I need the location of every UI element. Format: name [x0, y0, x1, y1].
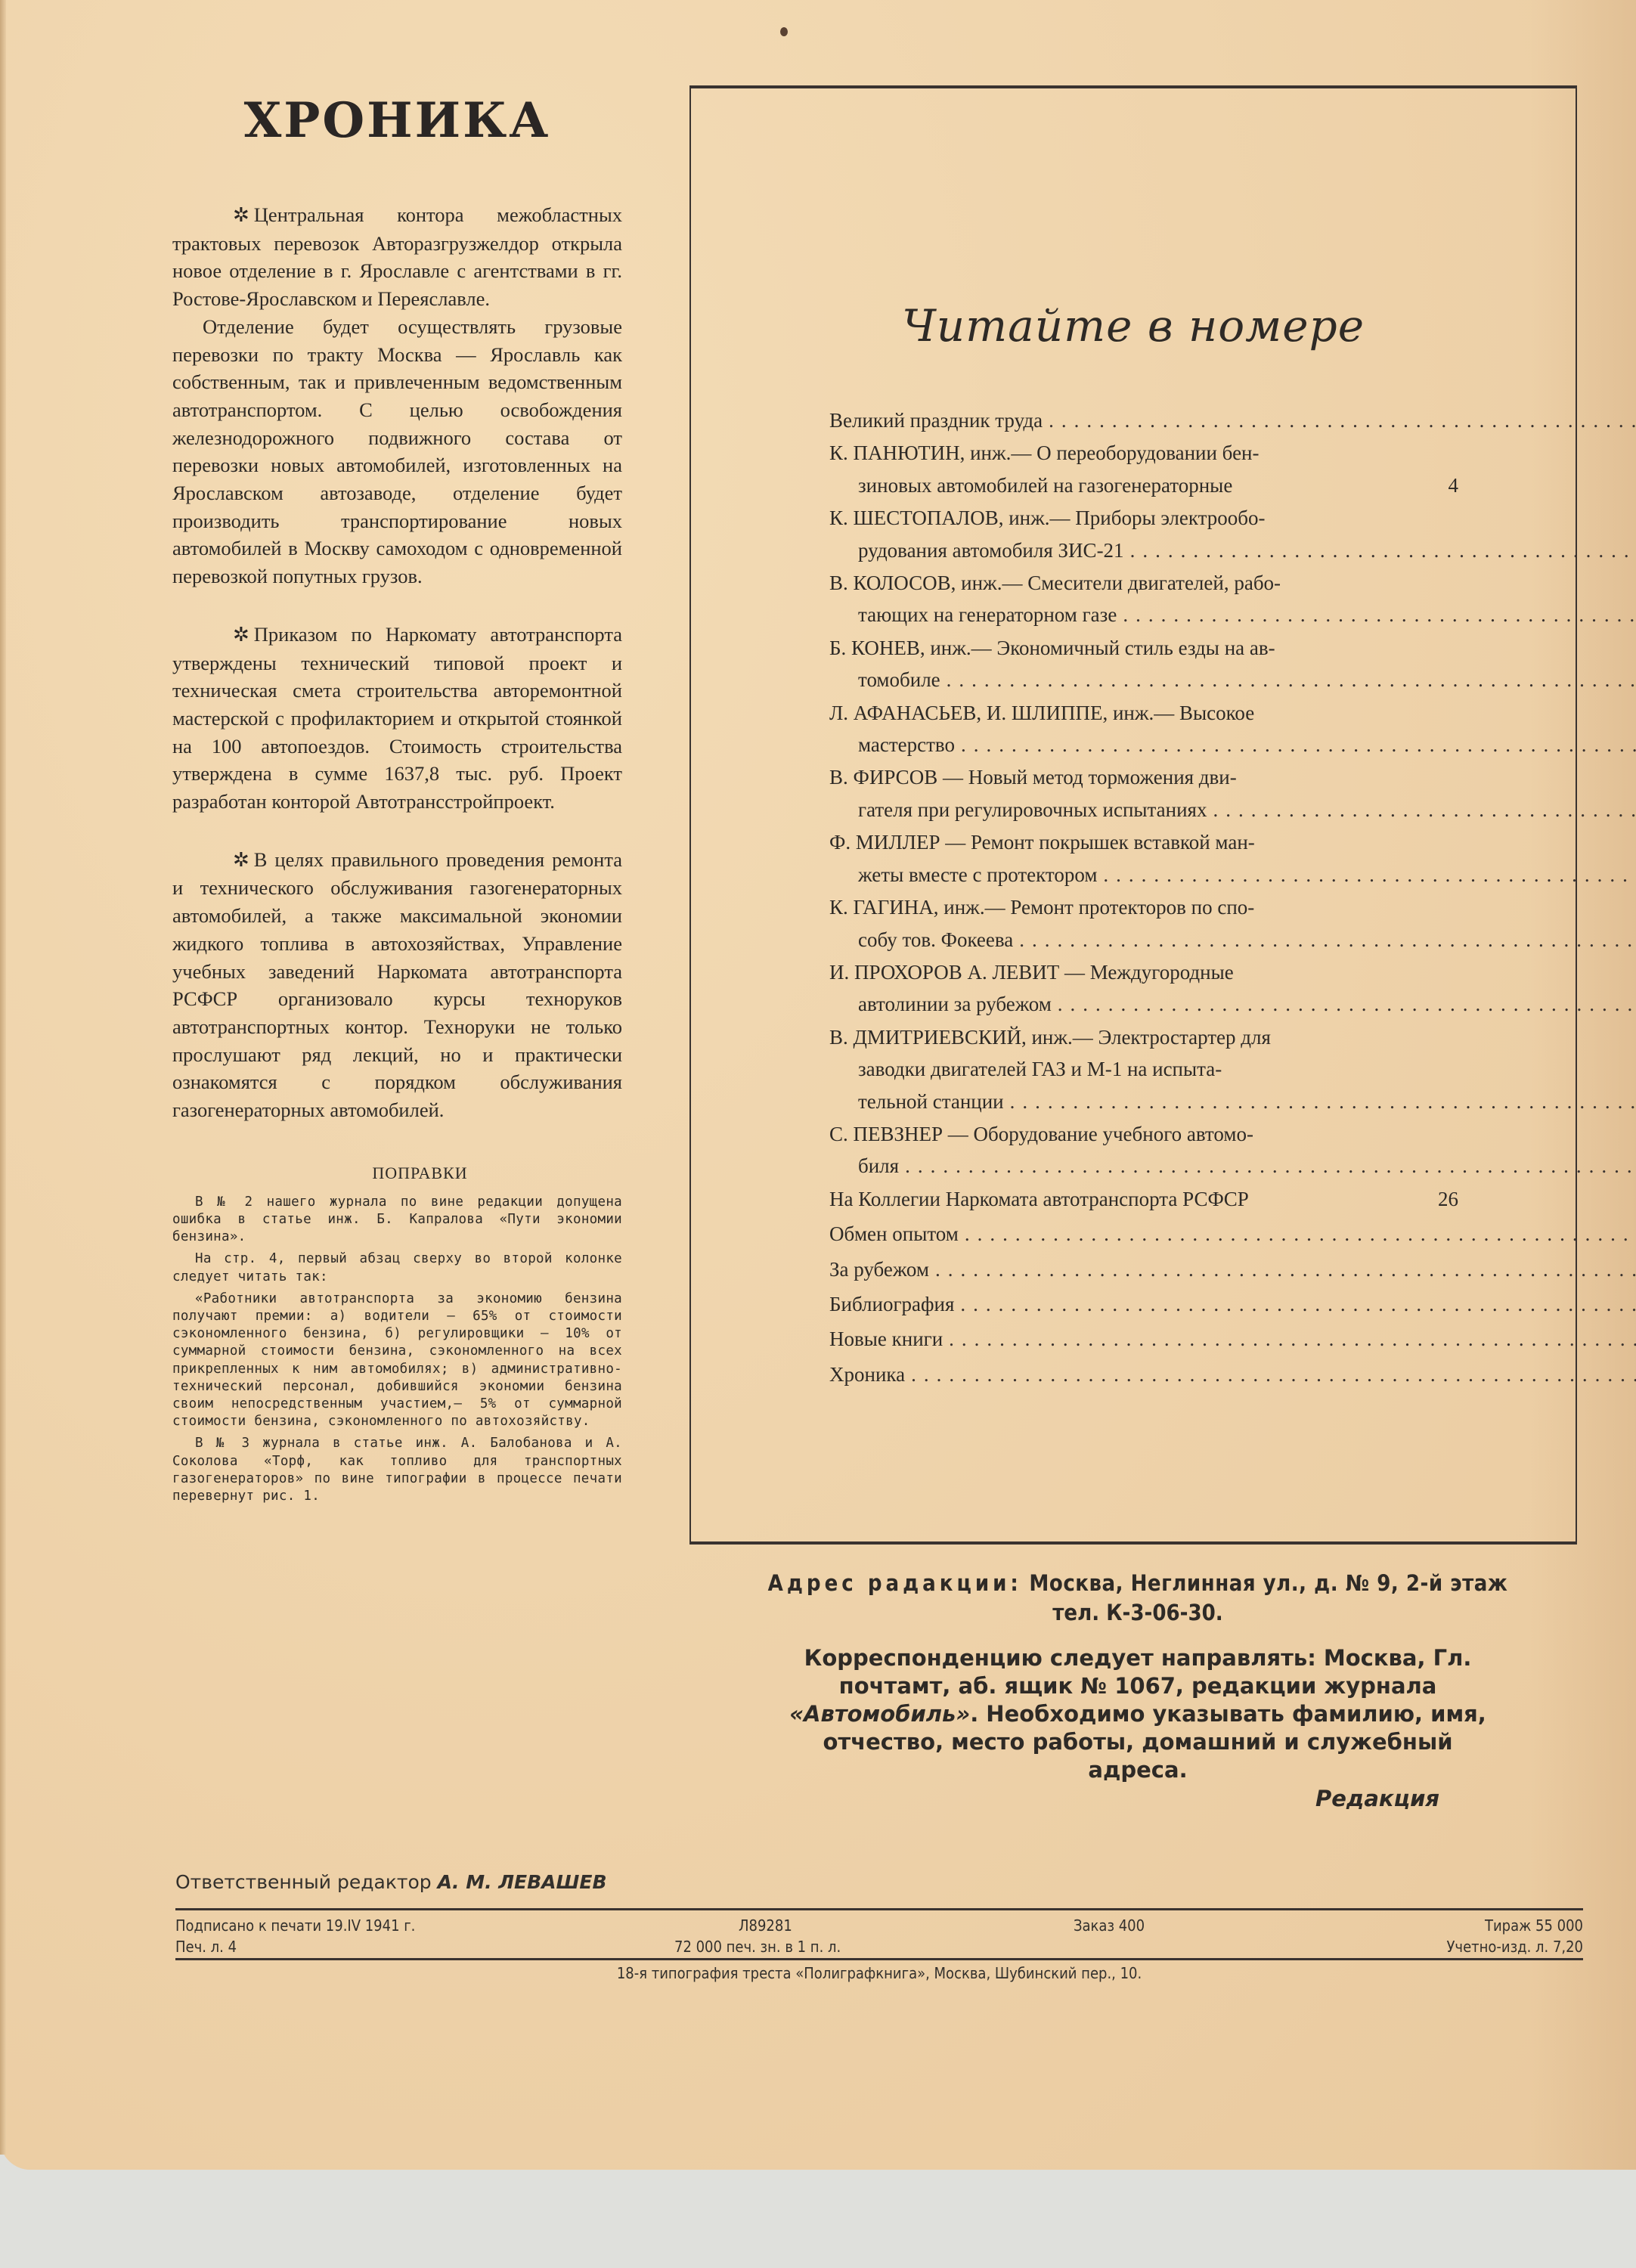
- toc-entry-title: тающих на генераторном газе: [858, 599, 1117, 631]
- address-value: Москва, Неглинная ул., д. № 9, 2-й этаж: [1029, 1570, 1507, 1596]
- toc-entry: В. ФИРСОВ — Новый метод торможения дви-г…: [829, 761, 1458, 826]
- toc-entry-title: гателя при регулировочных испытаниях: [858, 794, 1207, 826]
- toc-entry-title: жеты вместе с протектором: [858, 859, 1097, 891]
- corrections-paragraph: На стр. 4, первый абзац сверху во второй…: [172, 1250, 622, 1285]
- toc-entry: Библиография............................…: [829, 1288, 1458, 1320]
- toc-list: Великий праздник труда..................…: [829, 404, 1458, 1390]
- asterisk-bullet-icon: ✲: [203, 621, 249, 649]
- toc-entry-title: Ф. МИЛЛЕР — Ремонт покрышек вставкой ман…: [829, 826, 1255, 858]
- dot-leader: ........................................…: [1058, 988, 1636, 1020]
- dot-leader: ........................................…: [965, 1218, 1636, 1250]
- address-phone: тел. К-3-06-30.: [688, 1597, 1588, 1628]
- toc-entry: Л. АФАНАСЬЕВ, И. ШЛИППЕ, инж.— Высокоема…: [829, 697, 1458, 761]
- news-item: ✲Приказом по Наркомату автотранспорта ут…: [172, 621, 622, 816]
- journal-name: «Автомобиль»: [789, 1701, 970, 1727]
- dot-leader: ........................................…: [960, 1288, 1636, 1320]
- toc-heading: Читайте в номере: [691, 300, 1576, 352]
- table-of-contents-box: Читайте в номере Великий праздник труда.…: [689, 85, 1577, 1545]
- toc-entry-title: тельной станции: [858, 1086, 1004, 1117]
- order-number: Заказ 400: [1074, 1916, 1145, 1935]
- dot-leader: ........................................…: [905, 1150, 1636, 1182]
- toc-entry-title: Новые книги: [829, 1323, 943, 1355]
- toc-entry-title: автолинии за рубежом: [858, 988, 1052, 1020]
- dot-leader: ........................................…: [1019, 924, 1636, 956]
- toc-entry-title: Библиография: [829, 1288, 954, 1320]
- toc-entry-title: собу тов. Фокеева: [858, 924, 1013, 956]
- toc-entry: Ф. МИЛЛЕР — Ремонт покрышек вставкой ман…: [829, 826, 1458, 891]
- toc-entry-title: мастерство: [858, 729, 955, 761]
- dot-leader: ........................................…: [935, 1253, 1636, 1285]
- corrections-section: ПОПРАВКИ В № 2 нашего журнала по вине ре…: [172, 1163, 622, 1505]
- dot-leader: ........................................…: [1049, 404, 1636, 436]
- print-sheets: Печ. л. 4: [175, 1938, 237, 1956]
- circulation: Тираж 55 000: [1485, 1916, 1583, 1935]
- corrections-paragraph: В № 3 журнала в статье инж. А. Балобанов…: [172, 1435, 622, 1505]
- toc-entry-title: Великий праздник труда: [829, 404, 1043, 436]
- toc-entry: С. ПЕВЗНЕР — Оборудование учебного автом…: [829, 1118, 1458, 1182]
- chars-per-sheet: 72 000 печ. зн. в 1 п. л.: [674, 1938, 841, 1956]
- toc-entry-title: Б. КОНЕВ, инж.— Экономичный стиль езды н…: [829, 632, 1275, 664]
- dot-leader: ........................................…: [1103, 859, 1636, 891]
- toc-entry-title: В. ФИРСОВ — Новый метод торможения дви-: [829, 761, 1237, 793]
- editorial-signature: Редакция: [1315, 1786, 1439, 1811]
- news-paragraph: Отделение будет осуществлять грузовые пе…: [172, 313, 622, 590]
- dot-leader: ........................................…: [1123, 599, 1636, 631]
- printer-info: 18-я типография треста «Полиграфкнига», …: [175, 1964, 1583, 1982]
- toc-entry-title: На Коллегии Наркомата автотранспорта РСФ…: [829, 1183, 1249, 1215]
- toc-entry-title: Л. АФАНАСЬЕВ, И. ШЛИППЕ, инж.— Высокое: [829, 697, 1254, 729]
- toc-entry-title: В. ДМИТРИЕВСКИЙ, инж.— Электростартер дл…: [829, 1021, 1271, 1053]
- news-paragraph: Приказом по Наркомату автотранспорта утв…: [172, 623, 622, 813]
- toc-entry-title: заводки двигателей ГАЗ и М-1 на испыта-: [858, 1053, 1222, 1085]
- asterisk-bullet-icon: ✲: [203, 847, 249, 875]
- toc-entry: Новые книги.............................…: [829, 1323, 1458, 1355]
- toc-entry-title: Обмен опытом: [829, 1218, 959, 1250]
- toc-entry-title: биля: [858, 1150, 899, 1182]
- toc-entry: На Коллегии Наркомата автотранспорта РСФ…: [829, 1183, 1458, 1215]
- dot-leader: ........................................…: [1130, 534, 1636, 566]
- news-item: ✲В целях правильного проведения ремонта …: [172, 846, 622, 1124]
- toc-entry: За рубежом..............................…: [829, 1253, 1458, 1285]
- corrections-title: ПОПРАВКИ: [218, 1163, 622, 1183]
- editor-name: А. М. ЛЕВАШЕВ: [438, 1871, 607, 1893]
- toc-entry-title: томобиле: [858, 664, 940, 696]
- dot-leader: ........................................…: [911, 1359, 1636, 1390]
- toc-entry-title: К. ШЕСТОПАЛОВ, инж.— Приборы электрообо-: [829, 502, 1266, 534]
- dot-leader: ........................................…: [947, 664, 1636, 696]
- corrections-paragraph: В № 2 нашего журнала по вине редакции до…: [172, 1194, 622, 1247]
- accounting-sheets: Учетно-изд. л. 7,20: [1446, 1938, 1583, 1956]
- dot-leader: ........................................…: [949, 1323, 1636, 1355]
- publication-code: Л89281: [739, 1916, 792, 1935]
- toc-entry-title: И. ПРОХОРОВ А. ЛЕВИТ — Междугородные: [829, 956, 1234, 988]
- toc-entry-title: С. ПЕВЗНЕР — Оборудование учебного автом…: [829, 1118, 1253, 1150]
- divider-line: [175, 1958, 1583, 1960]
- news-item: ✲Центральная контора межобластных тракто…: [172, 201, 622, 590]
- toc-entry: Обмен опытом............................…: [829, 1218, 1458, 1250]
- magazine-page: ХРОНИКА ✲Центральная контора межобластны…: [0, 0, 1636, 2170]
- address-label: Адрес радакции:: [768, 1570, 1022, 1596]
- toc-entry: Б. КОНЕВ, инж.— Экономичный стиль езды н…: [829, 632, 1458, 696]
- editorial-address: Адрес радакции: Москва, Неглинная ул., д…: [688, 1569, 1588, 1628]
- asterisk-bullet-icon: ✲: [203, 202, 249, 230]
- toc-page-number: 4: [1416, 469, 1458, 501]
- responsible-editor: Ответственный редакторА. М. ЛЕВАШЕВ: [175, 1871, 607, 1893]
- toc-entry: Хроника.................................…: [829, 1359, 1458, 1390]
- chronicle-column: ХРОНИКА ✲Центральная контора межобластны…: [172, 68, 622, 1505]
- toc-entry-title: За рубежом: [829, 1253, 929, 1285]
- correspondence-text: Корреспонденцию следует направлять: Моск…: [804, 1645, 1472, 1699]
- toc-entry-title: В. КОЛОСОВ, инж.— Смесители двигателей, …: [829, 567, 1281, 599]
- toc-entry-title: рудования автомобиля ЗИС-21: [858, 534, 1124, 566]
- dot-leader: ........................................…: [1213, 794, 1636, 826]
- toc-entry: К. ГАГИНА, инж.— Ремонт протекторов по с…: [829, 891, 1458, 956]
- toc-page-number: 26: [1416, 1183, 1458, 1215]
- toc-entry-title: Хроника: [829, 1359, 905, 1390]
- toc-entry: В. ДМИТРИЕВСКИЙ, инж.— Электростартер дл…: [829, 1021, 1458, 1117]
- dot-leader: ........................................…: [961, 729, 1636, 761]
- toc-entry: К. ПАНЮТИН, инж.— О переоборудовании бен…: [829, 437, 1458, 501]
- toc-entry-title: зиновых автомобилей на газогенераторные: [858, 469, 1232, 501]
- chronicle-title: ХРОНИКА: [172, 91, 622, 151]
- toc-entry-title: К. ПАНЮТИН, инж.— О переоборудовании бен…: [829, 437, 1260, 469]
- toc-entry: Великий праздник труда..................…: [829, 404, 1458, 436]
- correspondence-note: Корреспонденцию следует направлять: Моск…: [786, 1644, 1489, 1784]
- editor-label: Ответственный редактор: [175, 1871, 432, 1893]
- toc-entry-title: К. ГАГИНА, инж.— Ремонт протекторов по с…: [829, 891, 1254, 923]
- signed-date: Подписано к печати 19.IV 1941 г.: [175, 1916, 415, 1935]
- page-edge: [0, 0, 6, 2155]
- toc-entry: К. ШЕСТОПАЛОВ, инж.— Приборы электрообо-…: [829, 502, 1458, 566]
- divider-line: [175, 1908, 1583, 1910]
- toc-entry: В. КОЛОСОВ, инж.— Смесители двигателей, …: [829, 567, 1458, 631]
- toc-entry: И. ПРОХОРОВ А. ЛЕВИТ — Междугородныеавто…: [829, 956, 1458, 1021]
- news-paragraph: В целях правильного проведения ремонта и…: [172, 848, 622, 1121]
- dot-leader: ........................................…: [1010, 1086, 1636, 1117]
- news-list: ✲Центральная контора межобластных тракто…: [172, 201, 622, 1124]
- corrections-paragraph: «Работники автотранспорта за экономию бе…: [172, 1290, 622, 1431]
- ink-spot: [780, 27, 788, 36]
